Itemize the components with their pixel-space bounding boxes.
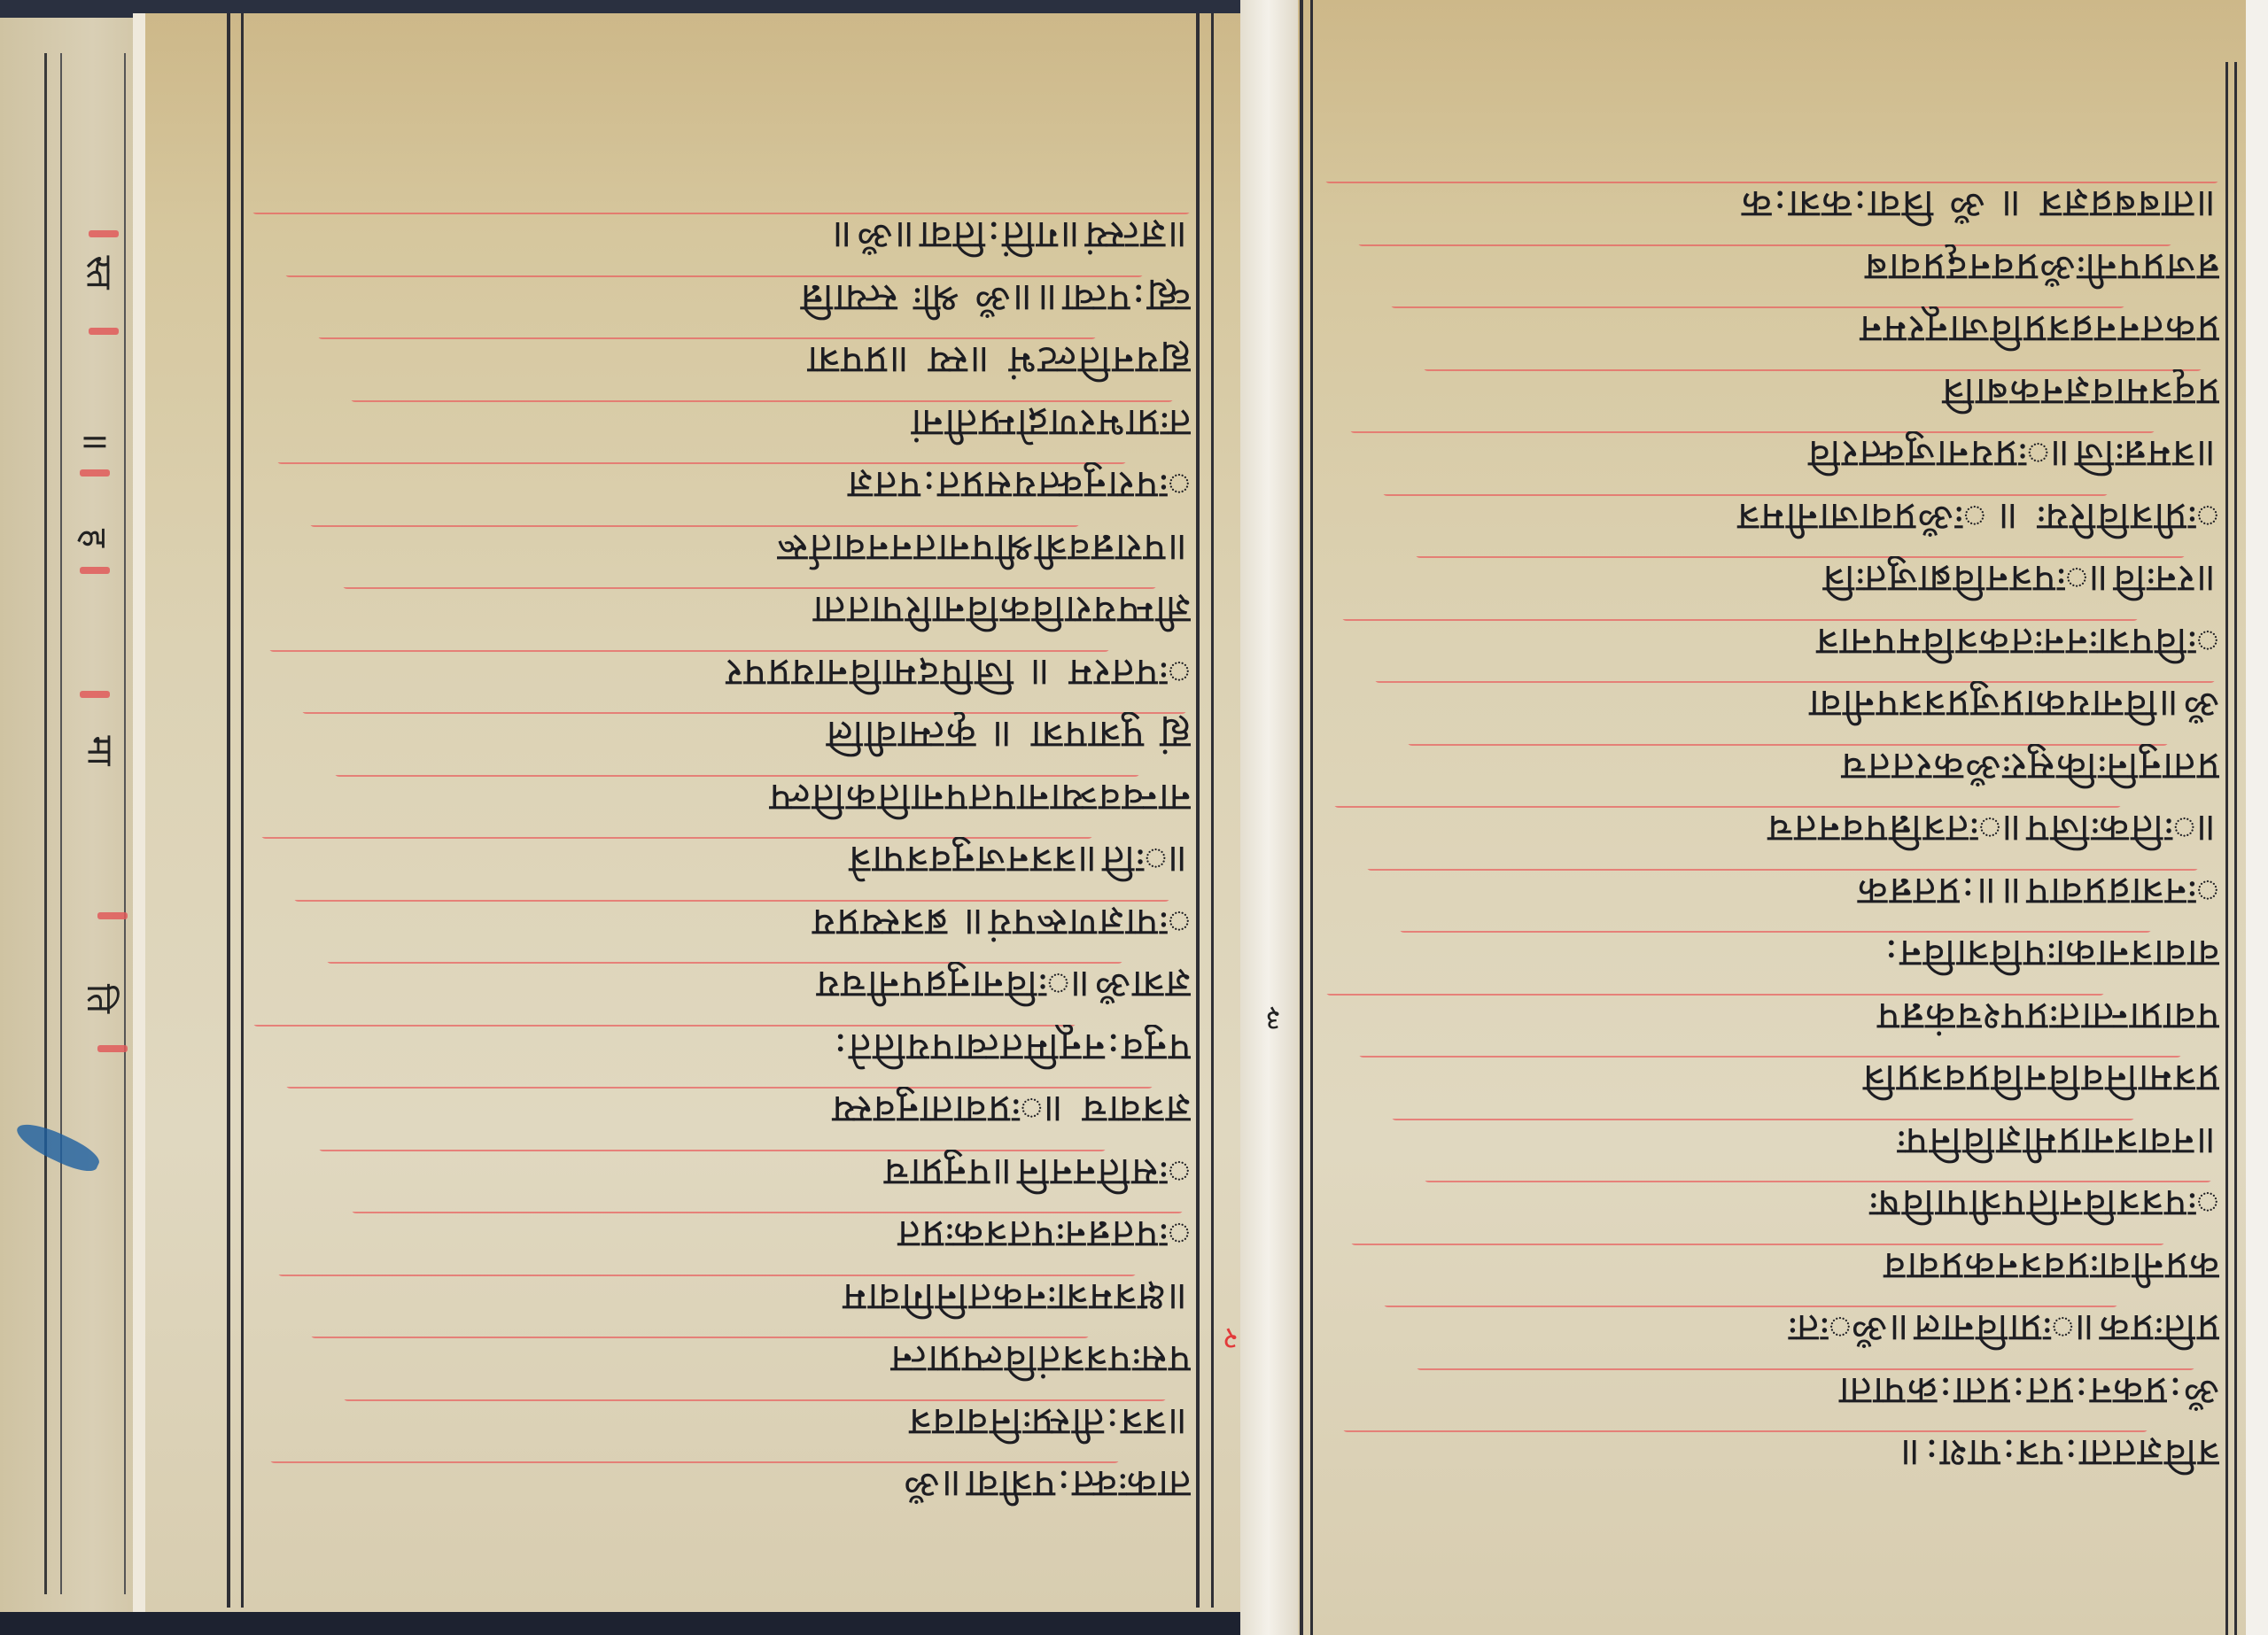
stack-glyph: स्त [77, 255, 126, 289]
manuscript-line: ःसतिनननि॥पनुप्राच [252, 1150, 1191, 1199]
stack-glyph: ॥ [73, 430, 121, 452]
manuscript-line: ॥ताबबव्रज्ञत्र ॥ ॐ त्रिवा:कत्रा:क [1324, 182, 2219, 231]
manuscript-line-text: ॥परान्नवत्रीश्रीपनातननवार्तरू [252, 525, 1191, 575]
manuscript-line-text: प्रत्रमानिवविनविप्रवत्रप्रत्रि [1324, 1056, 2219, 1105]
manuscript-line-text: ह्यं पुत्रापत्रा ॥ कृत्मावीलि [252, 712, 1191, 762]
page-rule [1196, 13, 1200, 1608]
manuscript-line: ज्ञत्राॐ॥ःविनानुव्रपनीचय [252, 962, 1191, 1011]
manuscript-line: ॥त्रमन्नःजि॥ःप्रयनाजुक्तरवि [1324, 431, 2219, 481]
manuscript-line-text: तःप्राभरणद्रोम्प्रतीनां [252, 400, 1191, 450]
manuscript-line-text: प्रवृत्रमावज्ञनकबात्रि [1324, 369, 2219, 419]
manuscript-line: पनुव:ननूमितत्वापयतिते: [252, 1025, 1191, 1074]
manuscript-line-text: ॥ःति॥त्रत्रनजनुवत्रपात्रे [252, 837, 1191, 887]
manuscript-line: ॥रनःवि॥ःपत्रनविब्राजुतःत्रि [1324, 556, 2219, 606]
book-gutter: ३ २ [1240, 0, 1302, 1635]
manuscript-line: न्नजप्रपनीःॐप्रवनदृप्रवाब [1324, 244, 2219, 294]
manuscript-line: ःपरानुक्तयसप्रत:पतज्ञ [252, 462, 1191, 512]
manuscript-line-text: ःपत्रत्रविनतिपत्रीपाविषः [1324, 1181, 2219, 1230]
folio-number-red: २ [1223, 1320, 1239, 1360]
manuscript-line: त्रविज्ञतता:पत्र:पाश:॥ [1324, 1430, 2219, 1480]
manuscript-line-text: कप्रनीवाःप्रवत्रनकप्रवाव [1324, 1244, 2219, 1293]
manuscript-line-text: ताकःक्त:पत्रीवा॥ॐ [252, 1461, 1191, 1511]
manuscript-line-text: व्ह्य:पत्वा॥॥ॐ श्रीः स्त्यान्नि [252, 275, 1191, 325]
stack-red-mark [80, 469, 110, 477]
manuscript-line-text: प्रतिःप्रक॥ःप्राविनाल॥ॐःतः [1324, 1306, 2219, 1355]
stack-rule [44, 53, 47, 1594]
right-page: ॥ताबबव्रज्ञत्र ॥ ॐ त्रिवा:कत्रा:कन्नजप्र… [1298, 0, 2248, 1635]
manuscript-line-text: ःप्रीत्रविरियः ॥ ःॐप्रवाजानीमत्र [1324, 494, 2219, 544]
manuscript-line: प्रत्रमानिवविनविप्रवत्रप्रत्रि [1324, 1056, 2219, 1105]
manuscript-line: ताकःक्त:पत्रीवा॥ॐ [252, 1461, 1191, 1511]
manuscript-line-text: ःसतिनननि॥पनुप्राच [252, 1150, 1191, 1199]
manuscript-line: व्ह्य:पत्वा॥॥ॐ श्रीः स्त्यान्नि [252, 275, 1191, 325]
stack-red-mark [97, 1045, 128, 1052]
manuscript-line-text: ःपरानुक्तयसप्रत:पतज्ञ [252, 462, 1191, 512]
manuscript-line-text: ःपाज्ञणरूपयं॥ ब्रत्रस्यप्रय [252, 900, 1191, 949]
manuscript-line-text: ःपतन्ननःपतत्रकःप्रत [252, 1212, 1191, 1261]
page-rule [2225, 62, 2228, 1635]
page-rule [241, 13, 244, 1608]
manuscript-line: ॐ॥विनायकाप्रजुप्रत्रत्रपनीवा [1324, 681, 2219, 731]
manuscript-line-text: नान्ववत्र्यानापतपनातिकतिल्प [252, 775, 1191, 825]
manuscript-line: ॥क्षत्रमत्राःनकतनिगिवाम [252, 1275, 1191, 1324]
stack-rule [60, 53, 62, 1594]
manuscript-line: ॐ:प्रकन:प्रत:प्रता:क्रपाता [1324, 1368, 2219, 1418]
manuscript-line-text: पसःपत्रत्रतंविल्पप्रात्न [252, 1337, 1191, 1386]
stack-red-mark [89, 230, 119, 237]
manuscript-line: ॥परान्नवत्रीश्रीपनातननवार्तरू [252, 525, 1191, 575]
manuscript-line-text: ॐ॥विनायकाप्रजुप्रत्रत्रपनीवा [1324, 681, 2219, 731]
manuscript-line: ःविपत्राःननःतकत्रविमपनात्र [1324, 619, 2219, 669]
page-rule [2234, 62, 2237, 1635]
manuscript-line: ह्ययनतिल्टभं ॥स्य ॥प्रपत्रा [252, 337, 1191, 387]
manuscript-line-text: ॥क्षत्रमत्राःनकतनिगिवाम [252, 1275, 1191, 1324]
manuscript-line-text: ःविपत्राःननःतकत्रविमपनात्र [1324, 619, 2219, 669]
manuscript-line-text: ःपतरम ॥ जिपिदमाविनायप्रपर [252, 650, 1191, 700]
manuscript-line: प्रतानुनिःकिसुरःॐकरततच [1324, 744, 2219, 794]
manuscript-line: ःपतरम ॥ जिपिदमाविनायप्रपर [252, 650, 1191, 700]
manuscript-line: ॥ःतिकःजिप॥ःतत्रन्निपवनतच [1324, 806, 2219, 856]
manuscript-line-text: न्नजप्रपनीःॐप्रवनदृप्रवाब [1324, 244, 2219, 294]
stack-red-mark [80, 567, 110, 574]
manuscript-line: कप्रनीवाःप्रवत्रनकप्रवाव [1324, 1244, 2219, 1293]
manuscript-line-text: ॥त्रत्र:तीस्प्रःनिवावत्र [252, 1399, 1191, 1449]
background-right [2246, 0, 2268, 1635]
manuscript-line-text: वावात्रनाकाःपवित्राविन: [1324, 931, 2219, 980]
manuscript-line-text: ह्ययनतिल्टभं ॥स्य ॥प्रपत्रा [252, 337, 1191, 387]
manuscript-line: ःपत्रत्रविनतिपत्रीपाविषः [1324, 1181, 2219, 1230]
manuscript-line-text: ॥ताबबव्रज्ञत्र ॥ ॐ त्रिवा:कत्रा:क [1324, 182, 2219, 231]
manuscript-line-text: ॥ःतिकःजिप॥ःतत्रन्निपवनतच [1324, 806, 2219, 856]
manuscript-line: प्रतिःप्रक॥ःप्राविनाल॥ॐःतः [1324, 1306, 2219, 1355]
left-page: ॥ज्ञत्स्यं॥गतिं:तिवा॥ॐ॥व्ह्य:पत्वा॥॥ॐ श्… [133, 13, 1263, 1612]
manuscript-line: ज्ञत्रवाच ॥ःप्रवातानुवस्य [252, 1087, 1191, 1136]
manuscript-line-text: ज्ञीम्पयराविकविनारिपातता [252, 587, 1191, 637]
manuscript-line-text: ॥त्रमन्नःजि॥ःप्रयनाजुक्तरवि [1324, 431, 2219, 481]
manuscript-line: ॥त्रत्र:तीस्प्रःनिवावत्र [252, 1399, 1191, 1449]
manuscript-line-text: ॥नवात्रनाप्रमीज्ञविनिपः [1324, 1119, 2219, 1168]
page-rule [1310, 0, 1313, 1635]
manuscript-line: ःप्रीत्रविरियः ॥ ःॐप्रवाजानीमत्र [1324, 494, 2219, 544]
stack-glyph: ह [72, 529, 120, 547]
manuscript-line: ज्ञीम्पयराविकविनारिपातता [252, 587, 1191, 637]
stack-red-mark [80, 691, 110, 698]
manuscript-line-text: प्रतानुनिःकिसुरःॐकरततच [1324, 744, 2219, 794]
page-rule [1211, 13, 1214, 1608]
manuscript-line: नान्ववत्र्यानापतपनातिकतिल्प [252, 775, 1191, 825]
stack-red-mark [89, 328, 119, 335]
manuscript-line: पवाप्रान्तातःप्रपश्चकंन्नप [1324, 994, 2219, 1043]
stack-glyph: मा [78, 735, 127, 765]
page-rule [227, 13, 230, 1608]
manuscript-line-text: पनुव:ननूमितत्वापयतिते: [252, 1025, 1191, 1074]
manuscript-line: ॥नवात्रनाप्रमीज्ञविनिपः [1324, 1119, 2219, 1168]
page-rule [1300, 0, 1303, 1635]
manuscript-line: ॥ज्ञत्स्यं॥गतिं:तिवा॥ॐ॥ [252, 213, 1191, 262]
folio-number-black: ३ [1265, 1001, 1281, 1042]
manuscript-line-text: ॥ज्ञत्स्यं॥गतिं:तिवा॥ॐ॥ [252, 213, 1191, 262]
stack-red-mark [97, 912, 128, 919]
manuscript-line-text: ॥रनःवि॥ःपत्रनविब्राजुतःत्रि [1324, 556, 2219, 606]
manuscript-line-text: ज्ञत्रवाच ॥ःप्रवातानुवस्य [252, 1087, 1191, 1136]
manuscript-line-text: पवाप्रान्तातःप्रपश्चकंन्नप [1324, 994, 2219, 1043]
manuscript-line: ःनत्राव्रप्रवाप॥॥:प्रतन्नक [1324, 869, 2219, 918]
manuscript-line-text: त्रविज्ञतता:पत्र:पाश:॥ [1324, 1430, 2219, 1480]
manuscript-line-text: प्रकतननव्रत्रप्रविजानूरमन [1324, 306, 2219, 356]
manuscript-line: वावात्रनाकाःपवित्राविन: [1324, 931, 2219, 980]
manuscript-line: तःप्राभरणद्रोम्प्रतीनां [252, 400, 1191, 450]
manuscript-line: प्रवृत्रमावज्ञनकबात्रि [1324, 369, 2219, 419]
manuscript-line: ॥ःति॥त्रत्रनजनुवत्रपात्रे [252, 837, 1191, 887]
manuscript-line: प्रकतननव्रत्रप्रविजानूरमन [1324, 306, 2219, 356]
manuscript-line: ह्यं पुत्रापत्रा ॥ कृत्मावीलि [252, 712, 1191, 762]
manuscript-line: ःपाज्ञणरूपयं॥ ब्रत्रस्यप्रय [252, 900, 1191, 949]
stack-glyph: ति [77, 984, 126, 1013]
manuscript-line: पसःपत्रत्रतंविल्पप्रात्न [252, 1337, 1191, 1386]
manuscript-line-text: ःनत्राव्रप्रवाप॥॥:प्रतन्नक [1324, 869, 2219, 918]
manuscript-line: ःपतन्ननःपतत्रकःप्रत [252, 1212, 1191, 1261]
manuscript-line-text: ॐ:प्रकन:प्रत:प्रता:क्रपाता [1324, 1368, 2219, 1418]
manuscript-line-text: ज्ञत्राॐ॥ःविनानुव्रपनीचय [252, 962, 1191, 1011]
